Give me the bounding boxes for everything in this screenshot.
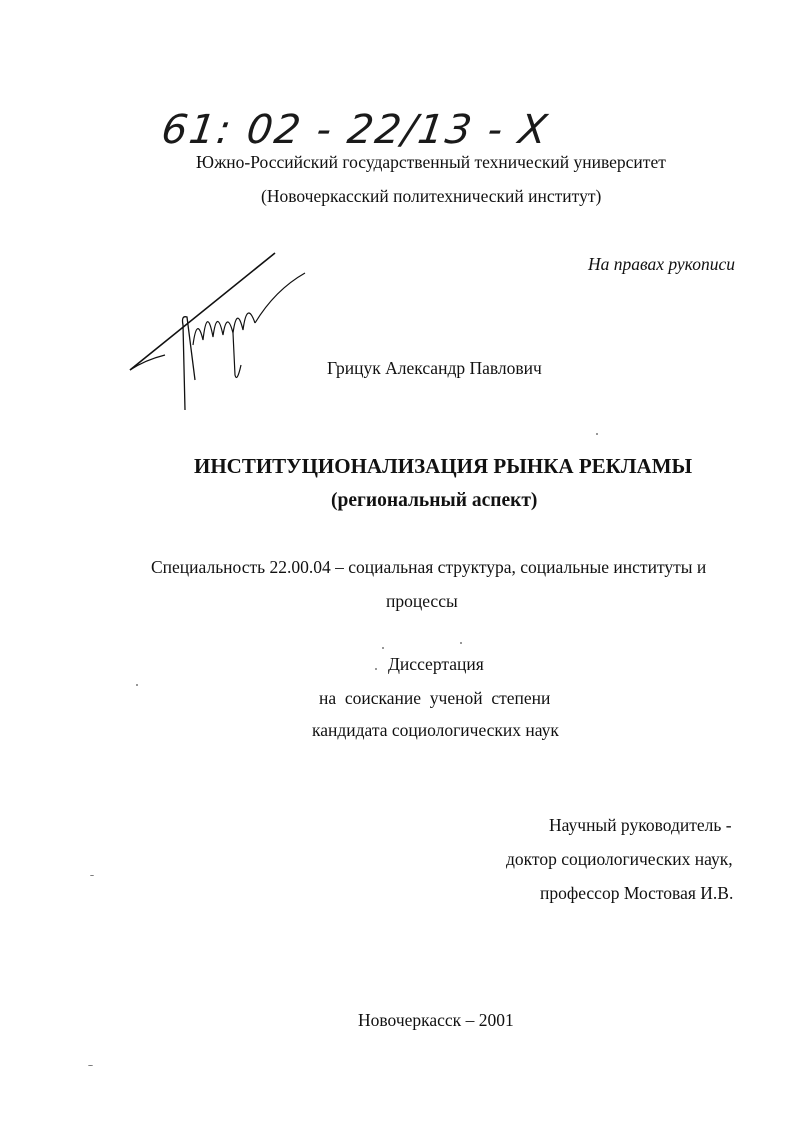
place-year: Новочеркасск – 2001 — [358, 1010, 514, 1030]
supervisor-line-3: профессор Мостовая И.В. — [540, 883, 733, 903]
degree-line-1: Диссертация — [388, 654, 484, 674]
supervisor-line-2: доктор социологических наук, — [506, 849, 733, 869]
dissertation-subtitle: (региональный аспект) — [331, 490, 537, 512]
manuscript-note: На правах рукописи — [588, 254, 735, 274]
university-name: Южно-Российский государственный техничес… — [196, 152, 666, 172]
signature-icon — [125, 245, 315, 415]
specialty-line-1: Специальность 22.00.04 – социальная стру… — [151, 557, 706, 577]
scan-speck — [136, 684, 138, 686]
scan-speck — [382, 647, 384, 649]
university-former-name: (Новочеркасский политехнический институт… — [261, 186, 601, 206]
dissertation-title: ИНСТИТУЦИОНАЛИЗАЦИЯ РЫНКА РЕКЛАМЫ — [194, 454, 692, 478]
degree-line-2: на соискание ученой степени — [319, 688, 550, 708]
specialty-line-2: процессы — [386, 591, 458, 611]
scan-speck — [88, 1065, 93, 1066]
scan-speck — [90, 875, 94, 876]
scan-speck — [596, 433, 598, 435]
archive-code-handwritten: 61: 02 - 22/13 - X — [159, 108, 552, 152]
scan-speck — [460, 642, 462, 644]
degree-line-3: кандидата социологических наук — [312, 720, 559, 740]
supervisor-line-1: Научный руководитель - — [549, 815, 732, 835]
scan-speck — [375, 668, 377, 670]
author-name: Грицук Александр Павлович — [327, 358, 542, 378]
